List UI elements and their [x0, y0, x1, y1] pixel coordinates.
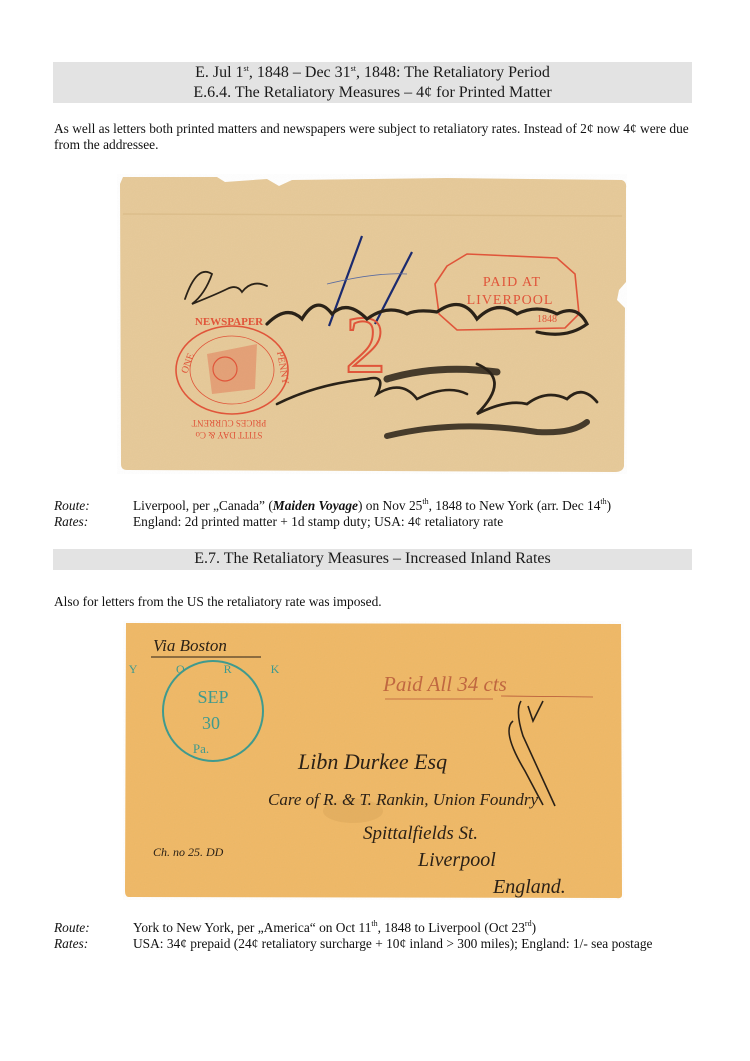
section2-details: Route: York to New York, per „America“ o…	[54, 920, 699, 952]
subsection-title: E.7. The Retaliatory Measures – Increase…	[53, 549, 692, 569]
svg-text:PAID AT: PAID AT	[483, 275, 541, 290]
svg-text:Spittalfields St.: Spittalfields St.	[363, 823, 478, 844]
route-row: Route: York to New York, per „America“ o…	[54, 920, 699, 936]
svg-text:30: 30	[202, 713, 220, 733]
svg-text:Pa.: Pa.	[193, 741, 209, 756]
section1-details: Route: Liverpool, per „Canada” (Maiden V…	[54, 498, 699, 530]
svg-text:England.: England.	[492, 876, 566, 898]
period-title: E. Jul 1st, 1848 – Dec 31st, 1848: The R…	[53, 63, 692, 83]
svg-text:Libn Durkee Esq: Libn Durkee Esq	[297, 749, 447, 774]
svg-text:STITT DAY & Co: STITT DAY & Co	[195, 430, 262, 440]
svg-text:1848: 1848	[537, 314, 557, 325]
section1-intro: As well as letters both printed matters …	[54, 121, 694, 153]
route-label: Route:	[54, 498, 133, 514]
rates-label: Rates:	[54, 936, 133, 952]
route-label: Route:	[54, 920, 133, 936]
cover-image: Via Boston Y O R K SEP 30 Pa. Paid All 3…	[123, 621, 624, 900]
svg-text:SEP: SEP	[197, 687, 228, 707]
rates-value: USA: 34¢ prepaid (24¢ retaliatory surcha…	[133, 936, 699, 952]
section2-intro: Also for letters from the US the retalia…	[54, 594, 694, 610]
svg-text:Liverpool: Liverpool	[417, 849, 496, 871]
route-value: Liverpool, per „Canada” (Maiden Voyage) …	[133, 498, 699, 514]
svg-text:LIVERPOOL: LIVERPOOL	[467, 293, 554, 308]
section-e-header: E. Jul 1st, 1848 – Dec 31st, 1848: The R…	[53, 62, 692, 103]
newspaper-wrapper-image: 2 PAID AT LIVERPOOL 1848 NEWSPAPER ONE P…	[117, 174, 627, 474]
svg-text:PRICES CURRENT: PRICES CURRENT	[191, 418, 266, 428]
svg-text:Via Boston: Via Boston	[153, 636, 227, 655]
svg-text:Y O R K: Y O R K	[129, 662, 298, 676]
svg-text:Paid All 34 cts: Paid All 34 cts	[382, 672, 507, 696]
route-value: York to New York, per „America“ on Oct 1…	[133, 920, 699, 936]
rates-row: Rates: USA: 34¢ prepaid (24¢ retaliatory…	[54, 936, 699, 952]
route-row: Route: Liverpool, per „Canada” (Maiden V…	[54, 498, 699, 514]
rates-value: England: 2d printed matter + 1d stamp du…	[133, 514, 699, 530]
svg-text:Ch. no 25. DD: Ch. no 25. DD	[153, 845, 224, 859]
rates-row: Rates: England: 2d printed matter + 1d s…	[54, 514, 699, 530]
section-e7-header: E.7. The Retaliatory Measures – Increase…	[53, 549, 692, 570]
subsection-title: E.6.4. The Retaliatory Measures – 4¢ for…	[53, 83, 692, 103]
svg-text:Care of R. & T. Rankin, Union: Care of R. & T. Rankin, Union Foundry	[268, 790, 539, 809]
rates-label: Rates:	[54, 514, 133, 530]
